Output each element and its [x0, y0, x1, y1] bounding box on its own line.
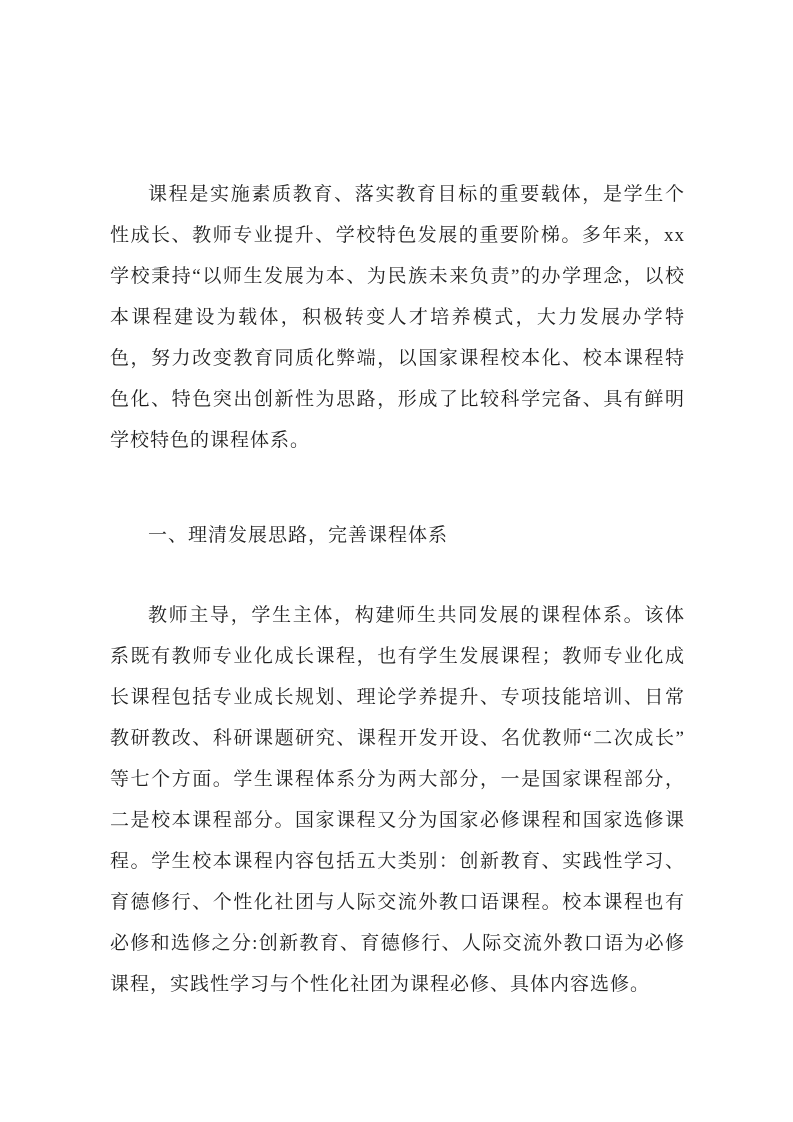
document-page: 课程是实施素质教育、落实教育目标的重要载体，是学生个性成长、教师专业提升、学校特…: [0, 0, 793, 1122]
section-heading-1: 一、理清发展思路，完善课程体系: [110, 515, 685, 556]
paragraph-section-1: 教师主导，学生主体，构建师生共同发展的课程体系。该体系既有教师专业化成长课程，也…: [110, 595, 685, 1005]
paragraph-intro: 课程是实施素质教育、落实教育目标的重要载体，是学生个性成长、教师专业提升、学校特…: [110, 174, 685, 461]
document-body: 课程是实施素质教育、落实教育目标的重要载体，是学生个性成长、教师专业提升、学校特…: [110, 174, 685, 1005]
